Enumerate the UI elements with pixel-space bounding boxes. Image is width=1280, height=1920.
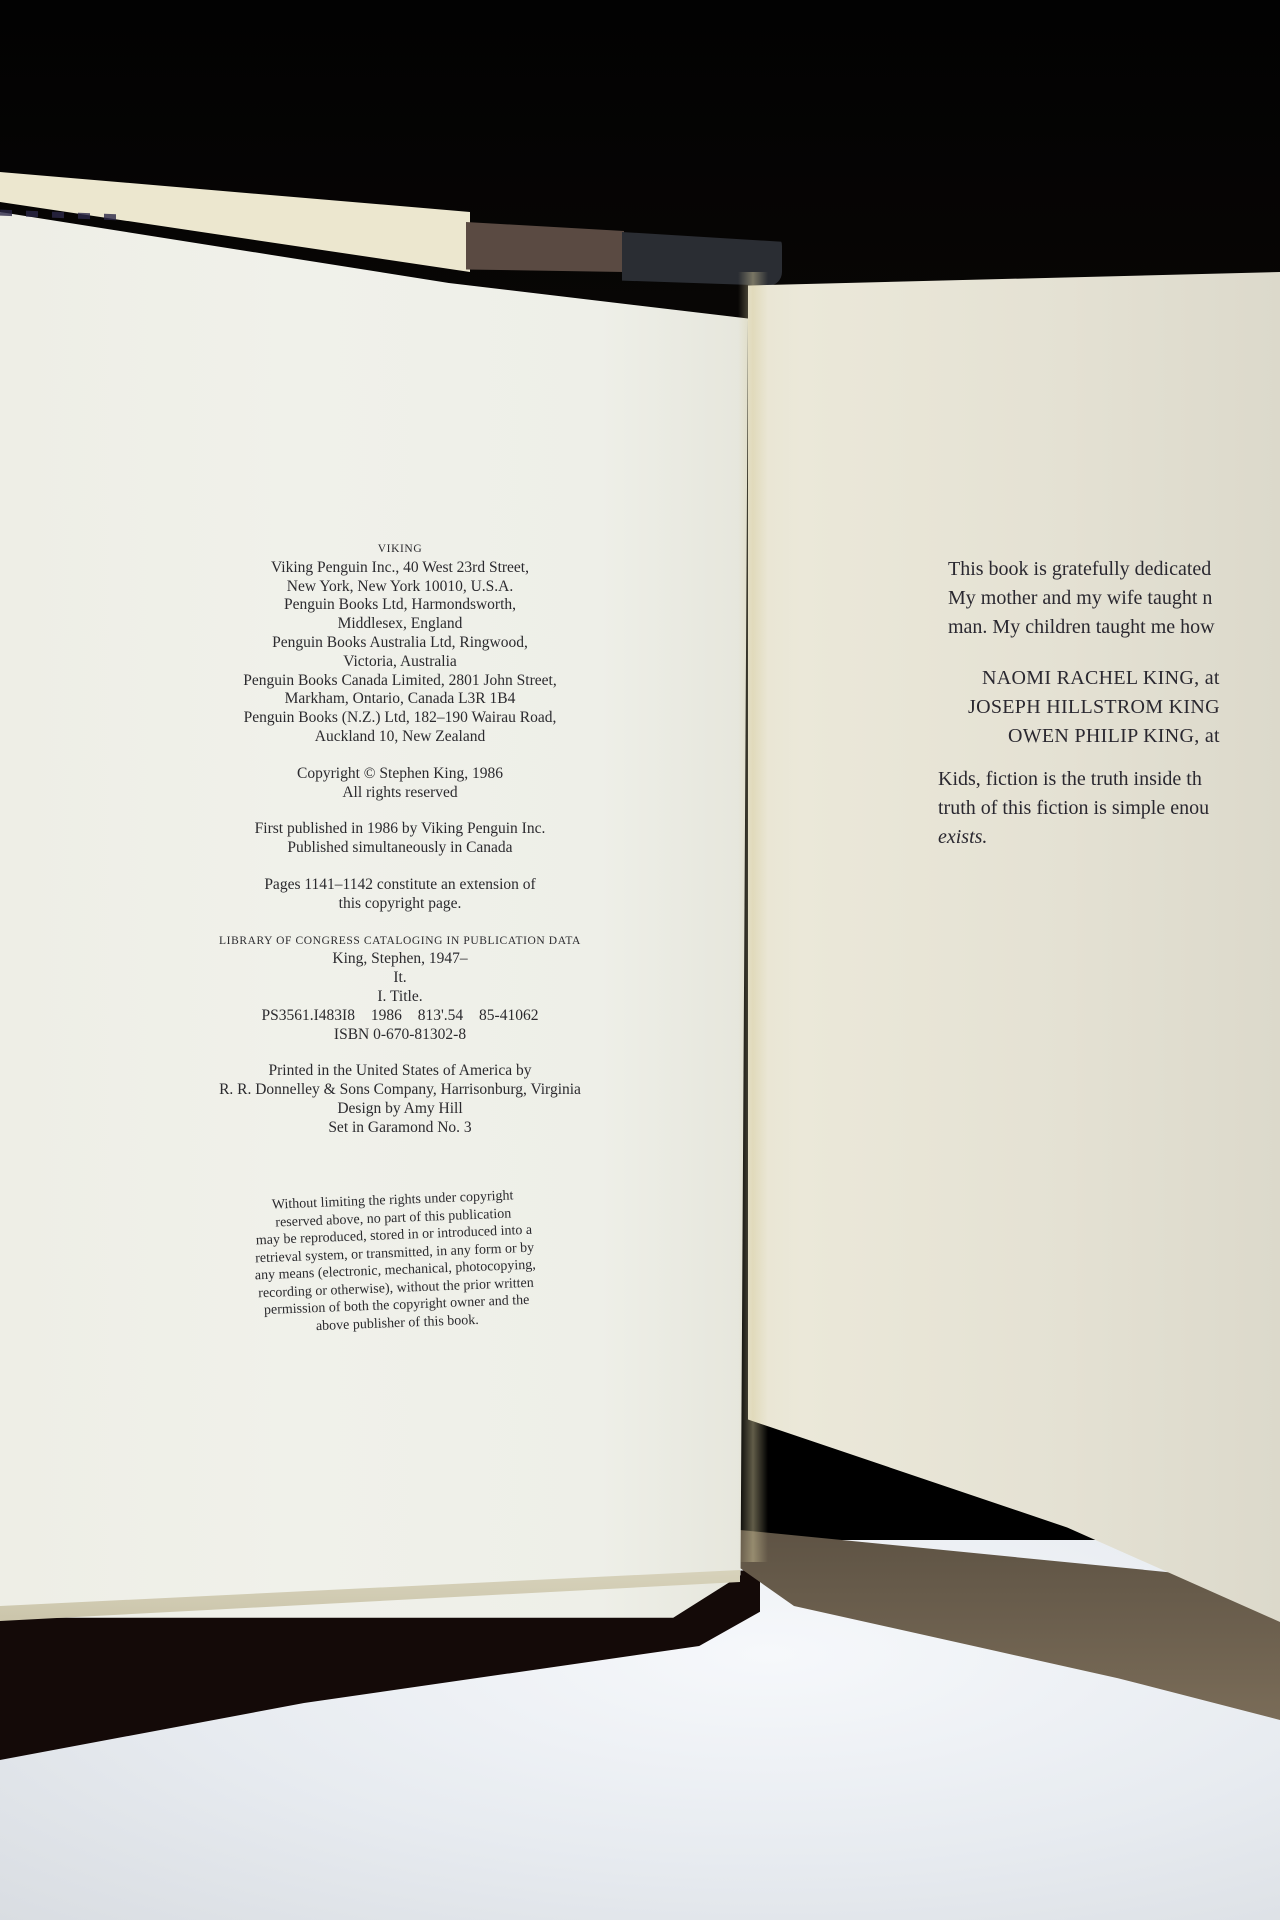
copyright-text-block: VIKING Viking Penguin Inc., 40 West 23rd… xyxy=(150,540,650,1156)
dedication-names: NAOMI RACHEL KING, at JOSEPH HILLSTROM K… xyxy=(948,664,1280,751)
cip-subject: I. Title. xyxy=(150,988,650,1007)
legal-notice: Without limiting the rights under copyri… xyxy=(202,1185,587,1339)
pages-note-line: Pages 1141–1142 constitute an extension … xyxy=(150,876,650,895)
cip-heading: LIBRARY OF CONGRESS CATALOGING IN PUBLIC… xyxy=(150,932,650,951)
dedication-page xyxy=(748,272,1280,1622)
cip-author: King, Stephen, 1947– xyxy=(150,950,650,969)
printing-line: Printed in the United States of America … xyxy=(150,1062,650,1081)
address-line: Penguin Books (N.Z.) Ltd, 182–190 Wairau… xyxy=(150,709,650,728)
closing-line: Kids, fiction is the truth inside th xyxy=(938,765,1280,794)
address-line: Penguin Books Australia Ltd, Ringwood, xyxy=(150,634,650,653)
address-line: Middlesex, England xyxy=(150,615,650,634)
dedicatee-name: OWEN PHILIP KING, at xyxy=(948,722,1280,751)
cip-lccn: 85-41062 xyxy=(479,1007,538,1024)
address-line: Auckland 10, New Zealand xyxy=(150,728,650,747)
cip-isbn: ISBN 0-670-81302-8 xyxy=(150,1026,650,1045)
copyright-line: Copyright © Stephen King, 1986 xyxy=(150,765,650,784)
address-line: Penguin Books Ltd, Harmondsworth, xyxy=(150,596,650,615)
dedicatee-name: JOSEPH HILLSTROM KING xyxy=(948,693,1280,722)
printing-line: R. R. Donnelley & Sons Company, Harrison… xyxy=(150,1081,650,1100)
closing-italic: exists. xyxy=(938,826,987,848)
book-photo: VIKING Viking Penguin Inc., 40 West 23rd… xyxy=(0,0,1280,1920)
publication-line: First published in 1986 by Viking Pengui… xyxy=(150,820,650,839)
cip-call-number: PS3561.I483I8 xyxy=(262,1007,355,1024)
closing-line: truth of this fiction is simple enou xyxy=(938,794,1280,823)
address-line: Penguin Books Canada Limited, 2801 John … xyxy=(150,672,650,691)
cip-dewey: 813'.54 xyxy=(418,1007,463,1024)
cip-title: It. xyxy=(150,969,650,988)
dedication-line: This book is gratefully dedicated xyxy=(948,555,1280,584)
address-line: New York, New York 10010, U.S.A. xyxy=(150,578,650,597)
rights-line: All rights reserved xyxy=(150,784,650,803)
dedication-text: This book is gratefully dedicated My mot… xyxy=(948,555,1280,852)
design-credit: Design by Amy Hill xyxy=(150,1100,650,1119)
cip-classification-row: PS3561.I483I8 1986 813'.54 85-41062 xyxy=(150,1007,650,1026)
cip-year: 1986 xyxy=(371,1007,402,1024)
publisher-heading: VIKING xyxy=(150,540,650,559)
dedication-line: man. My children taught me how xyxy=(948,613,1280,642)
address-line: Viking Penguin Inc., 40 West 23rd Street… xyxy=(150,559,650,578)
address-line: Markham, Ontario, Canada L3R 1B4 xyxy=(150,690,650,709)
dedication-line: My mother and my wife taught n xyxy=(948,584,1280,613)
typeface-credit: Set in Garamond No. 3 xyxy=(150,1119,650,1138)
pages-note-line: this copyright page. xyxy=(150,895,650,914)
address-line: Victoria, Australia xyxy=(150,653,650,672)
dedicatee-name: NAOMI RACHEL KING, at xyxy=(948,664,1280,693)
publication-line: Published simultaneously in Canada xyxy=(150,839,650,858)
gutter xyxy=(738,272,768,1562)
